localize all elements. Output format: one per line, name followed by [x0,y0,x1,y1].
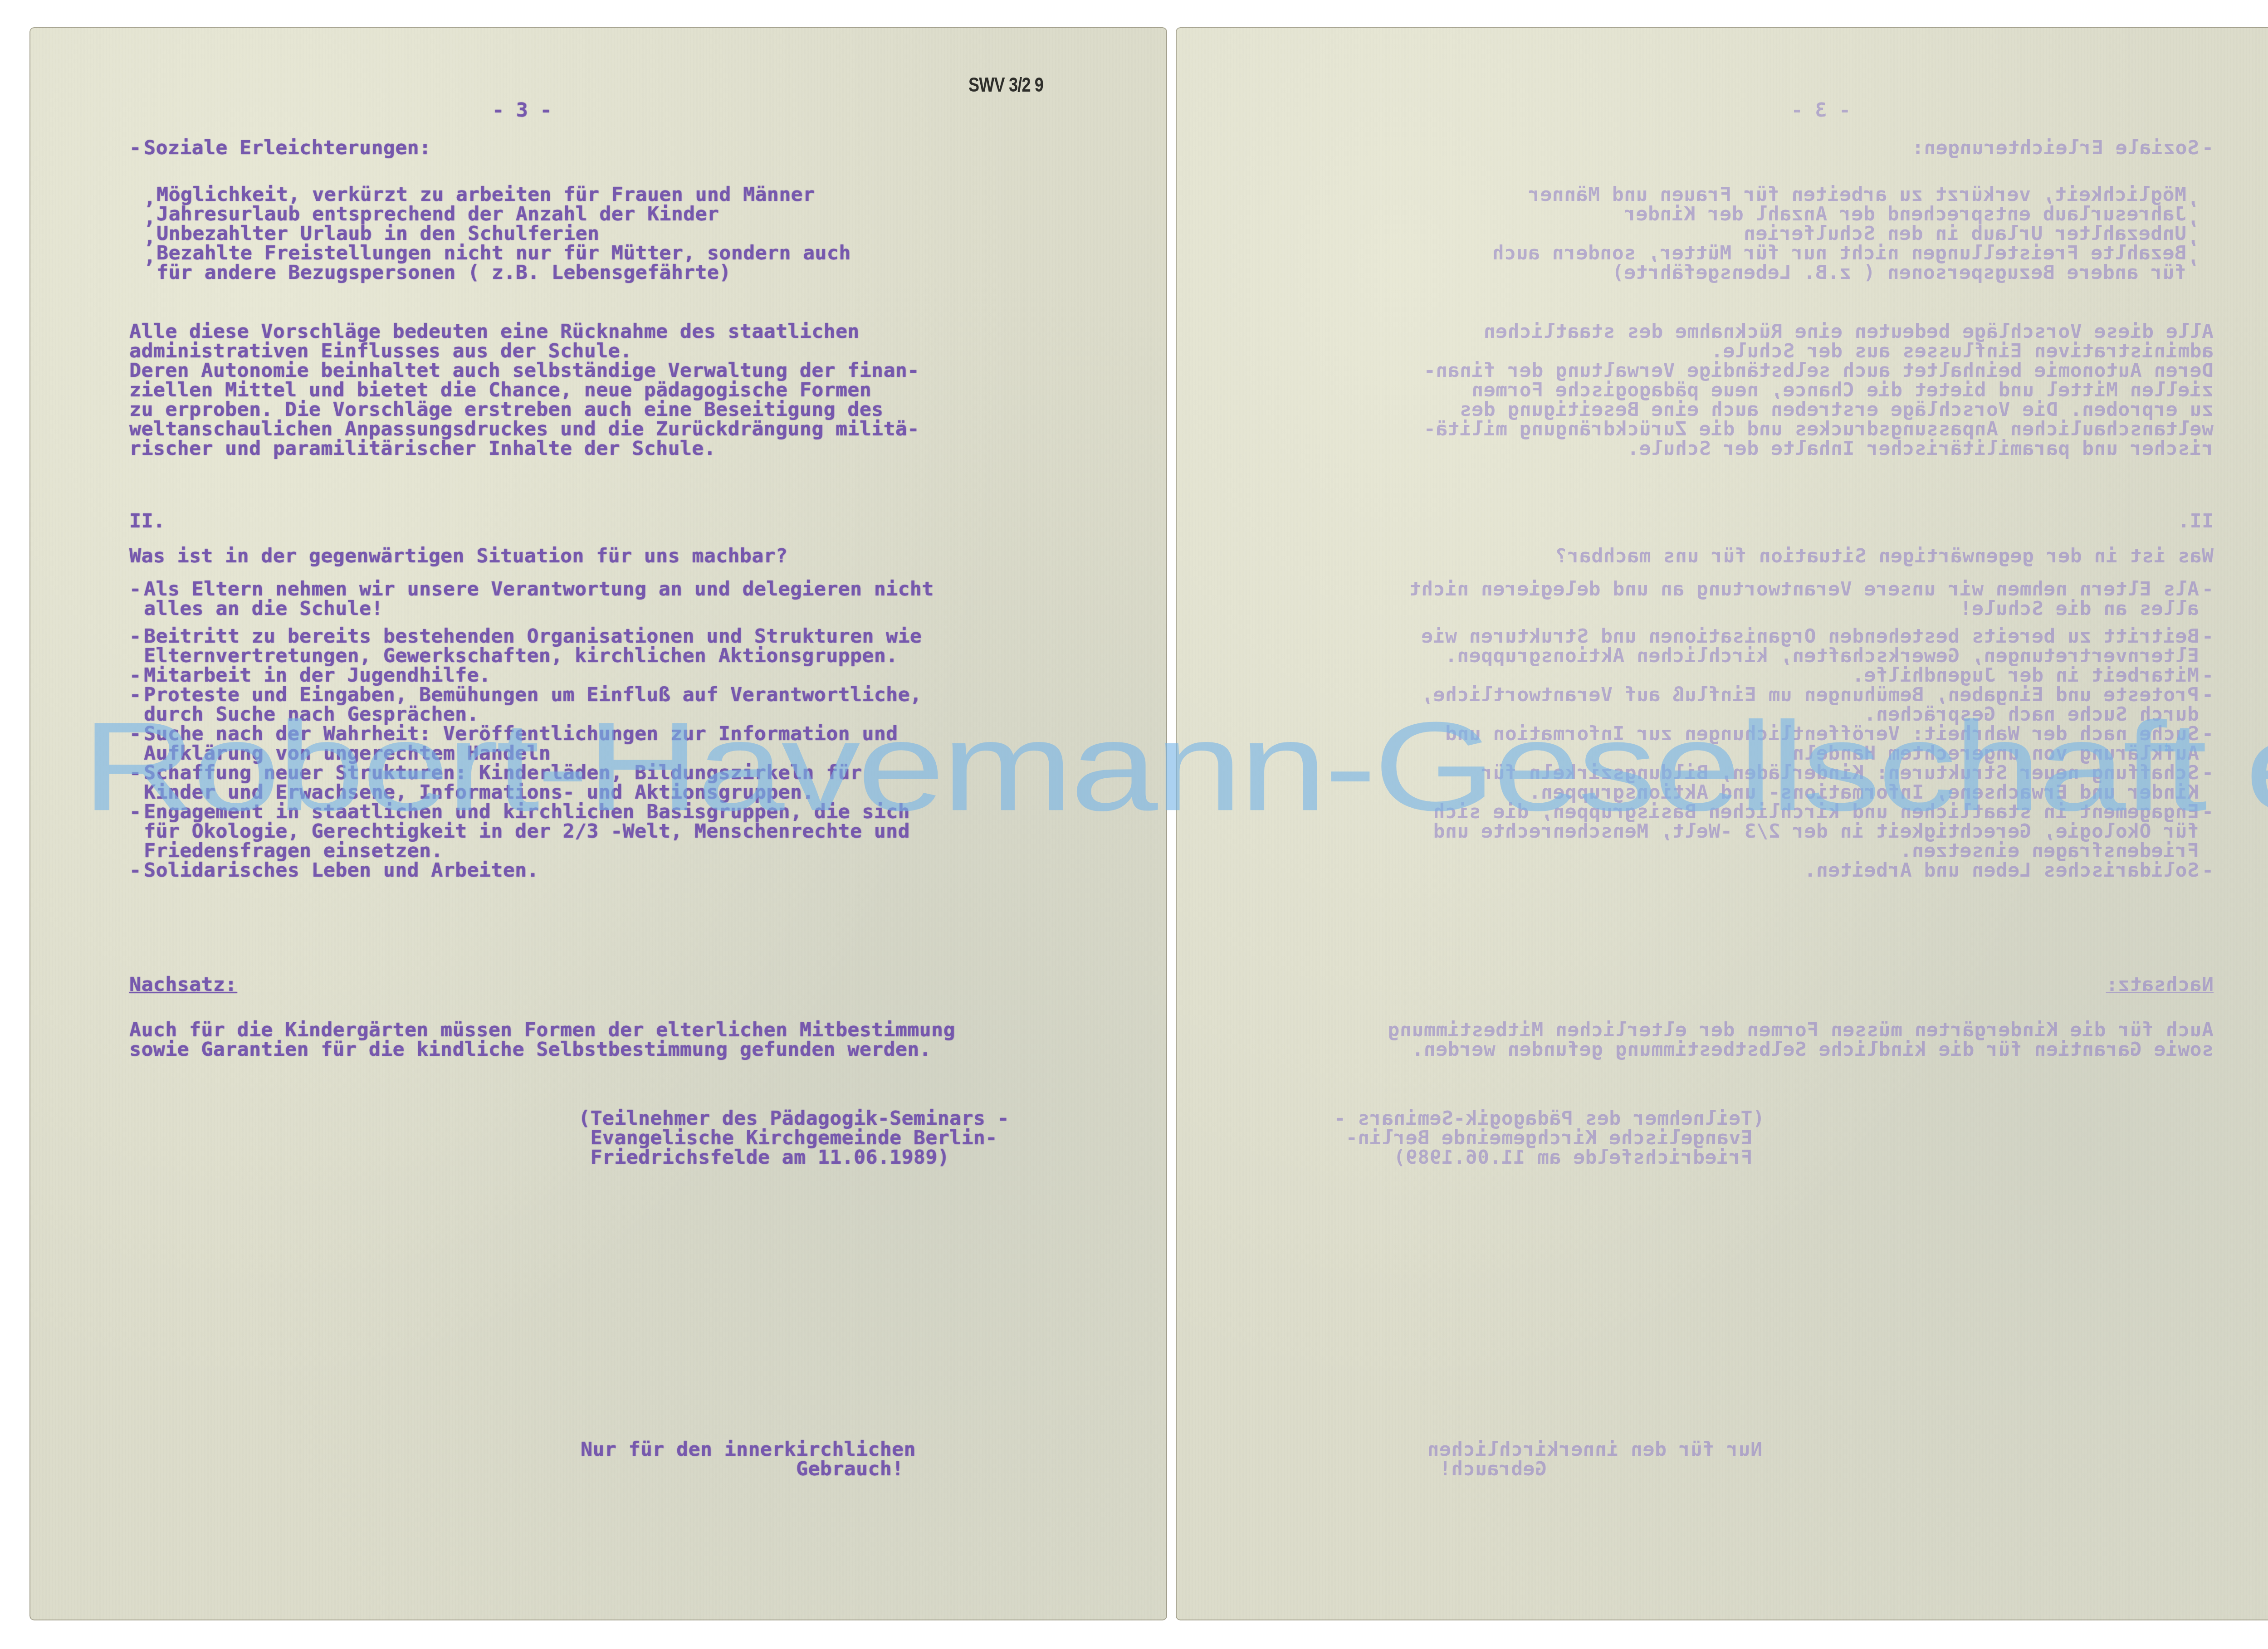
paragraph-line: administrativen Einflusses aus der Schul… [1711,342,2214,361]
paragraph-line: weltanschaulichen Anpassungsdruckes und … [1423,420,2214,439]
bullet-marker: - [2202,138,2214,158]
bullet-marker: - [2202,580,2214,599]
bullet-marker: - [129,138,141,158]
bullet-marker: - [129,685,141,705]
paragraph-line: Deren Autonomie beinhaltet auch selbstän… [1423,361,2214,381]
social-item: Möglichkeit, verkürzt zu arbeiten für Fr… [1528,185,2186,205]
paragraph-line: Deren Autonomie beinhaltet auch selbstän… [129,361,919,381]
signature-line: Friedrichsfelde am 11.06.1989) [578,1148,949,1167]
paragraph-line: ziellen Mittel und bietet die Chance, ne… [1471,381,2214,400]
bullet-marker: - [2202,763,2214,783]
action-item-line: Aufklärung von ungerechtem Handeln [1792,744,2199,763]
action-item-line: Suche nach der Wahrheit: Veröffentlichun… [1445,724,2199,744]
action-item-line: durch Suche nach Gesprächen. [1864,705,2199,724]
action-item-line: Elternvertretungen, Gewerkschaften, kirc… [144,646,898,666]
action-item-line: Mitarbeit in der Jugendhilfe. [1852,666,2199,685]
action-item-line: für Ökologie, Gerechtigkeit in der 2/3 -… [144,822,910,841]
item-marker: , [2187,228,2199,247]
action-item-line: Als Eltern nehmen wir unsere Verantwortu… [144,580,934,599]
action-item-line: durch Suche nach Gesprächen. [144,705,479,724]
bullet-marker: - [129,627,141,646]
bullet-marker: - [129,666,141,685]
action-item-line: Solidarisches Leben und Arbeiten. [144,861,539,880]
addendum-line: sowie Garantien für die kindliche Selbst… [1412,1040,2214,1059]
action-item-line: Suche nach der Wahrheit: Veröffentlichun… [144,724,898,744]
addendum-heading: Nachsatz: [129,975,237,995]
item-marker: , [2187,189,2199,208]
bullet-marker: - [2202,861,2214,880]
action-item-line: Schaffung neuer Strukturen: Kinderläden,… [144,763,862,783]
social-item: Unbezahlter Urlaub in den Schulferien [156,224,599,244]
page-number: - 3 - [492,101,552,120]
bullet-marker: - [129,802,141,822]
bleed-through-mirror-text: - 3 --Soziale Erleichterungen:,Möglichke… [1176,27,2268,1620]
signature-line: (Teilnehmer des Pädagogik-Seminars - [1334,1109,1765,1128]
item-marker: , [144,189,156,208]
bullet-marker: - [129,724,141,744]
paragraph-line: ziellen Mittel und bietet die Chance, ne… [129,381,871,400]
social-item: für andere Bezugspersonen ( z.B. Lebensg… [1612,263,2186,283]
action-item-line: Proteste und Eingaben, Bemühungen um Ein… [144,685,922,705]
section-heading-social: Soziale Erleichterungen: [1912,138,2199,158]
social-item: Jahresurlaub entsprechend der Anzahl der… [1624,205,2186,224]
bullet-marker: - [129,580,141,599]
action-item-line: Mitarbeit in der Jugendhilfe. [144,666,491,685]
paragraph-line: rischer und paramilitärischer Inhalte de… [129,439,716,459]
section-heading-social: Soziale Erleichterungen: [144,138,431,158]
addendum-heading: Nachsatz: [2106,975,2214,995]
action-item-line: Proteste und Eingaben, Bemühungen um Ein… [1421,685,2199,705]
section-question: Was ist in der gegenwärtigen Situation f… [129,546,787,566]
item-marker: , [144,247,156,267]
document-page-reverse: - 3 --Soziale Erleichterungen:,Möglichke… [1176,27,2268,1620]
social-item: für andere Bezugspersonen ( z.B. Lebensg… [156,263,731,283]
social-item: Unbezahlter Urlaub in den Schulferien [1744,224,2186,244]
paragraph-line: rischer und paramilitärischer Inhalte de… [1627,439,2214,459]
social-item: Möglichkeit, verkürzt zu arbeiten für Fr… [156,185,815,205]
bullet-marker: - [2202,666,2214,685]
restriction-note: Nur für den innerkirchlichen [1427,1440,1762,1459]
action-item-line: Beitritt zu bereits bestehenden Organisa… [144,627,922,646]
restriction-note: Gebrauch! [581,1459,904,1479]
social-item: Bezahlte Freistellungen nicht nur für Mü… [1492,244,2186,263]
paragraph-line: Alle diese Vorschläge bedeuten eine Rück… [129,322,860,342]
action-item-line: für Ökologie, Gerechtigkeit in der 2/3 -… [1433,822,2199,841]
addendum-line: sowie Garantien für die kindliche Selbst… [129,1040,931,1059]
addendum-line: Auch für die Kindergärten müssen Formen … [129,1020,955,1040]
action-item-line: Als Eltern nehmen wir unsere Verantwortu… [1409,580,2199,599]
action-item-line: Solidarisches Leben und Arbeiten. [1804,861,2199,880]
bullet-marker: - [2202,802,2214,822]
action-item-line: Aufklärung von ungerechtem Handeln [144,744,551,763]
restriction-note: Gebrauch! [1439,1459,1762,1479]
section-question: Was ist in der gegenwärtigen Situation f… [1555,546,2214,566]
action-item-line: alles an die Schule! [1960,599,2199,619]
bullet-marker: - [129,763,141,783]
item-marker: , [144,208,156,228]
restriction-note: Nur für den innerkirchlichen [581,1440,916,1459]
document-page-front: SWV 3/2 9 - 3 --Soziale Erleichterungen:… [29,27,1167,1620]
action-item-line: Engagement in staatlichen und kirchliche… [1433,802,2199,822]
signature-line: (Teilnehmer des Pädagogik-Seminars - [578,1109,1009,1128]
bullet-marker: - [2202,724,2214,744]
social-item: Jahresurlaub entsprechend der Anzahl der… [156,205,719,224]
bullet-marker: - [2202,627,2214,646]
signature-line: Friedrichsfelde am 11.06.1989) [1393,1148,1765,1167]
action-item-line: Engagement in staatlichen und kirchliche… [144,802,910,822]
action-item-line: alles an die Schule! [144,599,383,619]
item-marker: , [2187,208,2199,228]
action-item-line: Friedensfragen einsetzen. [144,841,443,861]
action-item-line: Friedensfragen einsetzen. [1900,841,2199,861]
paragraph-line: zu erproben. Die Vorschläge erstreben au… [1460,400,2214,420]
addendum-line: Auch für die Kindergärten müssen Formen … [1388,1020,2214,1040]
page-number: - 3 - [1791,101,1851,120]
section-numeral: II. [2178,512,2214,531]
signature-line: Evangelische Kirchgemeinde Berlin- [1345,1128,1765,1148]
signature-line: Evangelische Kirchgemeinde Berlin- [578,1128,997,1148]
section-numeral: II. [129,512,165,531]
archive-stamp: SWV 3/2 9 [968,74,1043,97]
item-marker: , [144,228,156,247]
social-item: Bezahlte Freistellungen nicht nur für Mü… [156,244,851,263]
action-item-line: Kinder und Erwachsene, Informations- und… [1529,783,2199,802]
paragraph-line: Alle diese Vorschläge bedeuten eine Rück… [1483,322,2214,342]
bullet-marker: - [129,861,141,880]
bullet-marker: - [2202,685,2214,705]
paragraph-line: zu erproben. Die Vorschläge erstreben au… [129,400,883,420]
paragraph-line: administrativen Einflusses aus der Schul… [129,342,632,361]
action-item-line: Kinder und Erwachsene, Informations- und… [144,783,814,802]
action-item-line: Elternvertretungen, Gewerkschaften, kirc… [1445,646,2199,666]
action-item-line: Schaffung neuer Strukturen: Kinderläden,… [1481,763,2199,783]
paragraph-line: weltanschaulichen Anpassungsdruckes und … [129,420,919,439]
item-marker: , [2187,247,2199,267]
action-item-line: Beitritt zu bereits bestehenden Organisa… [1421,627,2199,646]
